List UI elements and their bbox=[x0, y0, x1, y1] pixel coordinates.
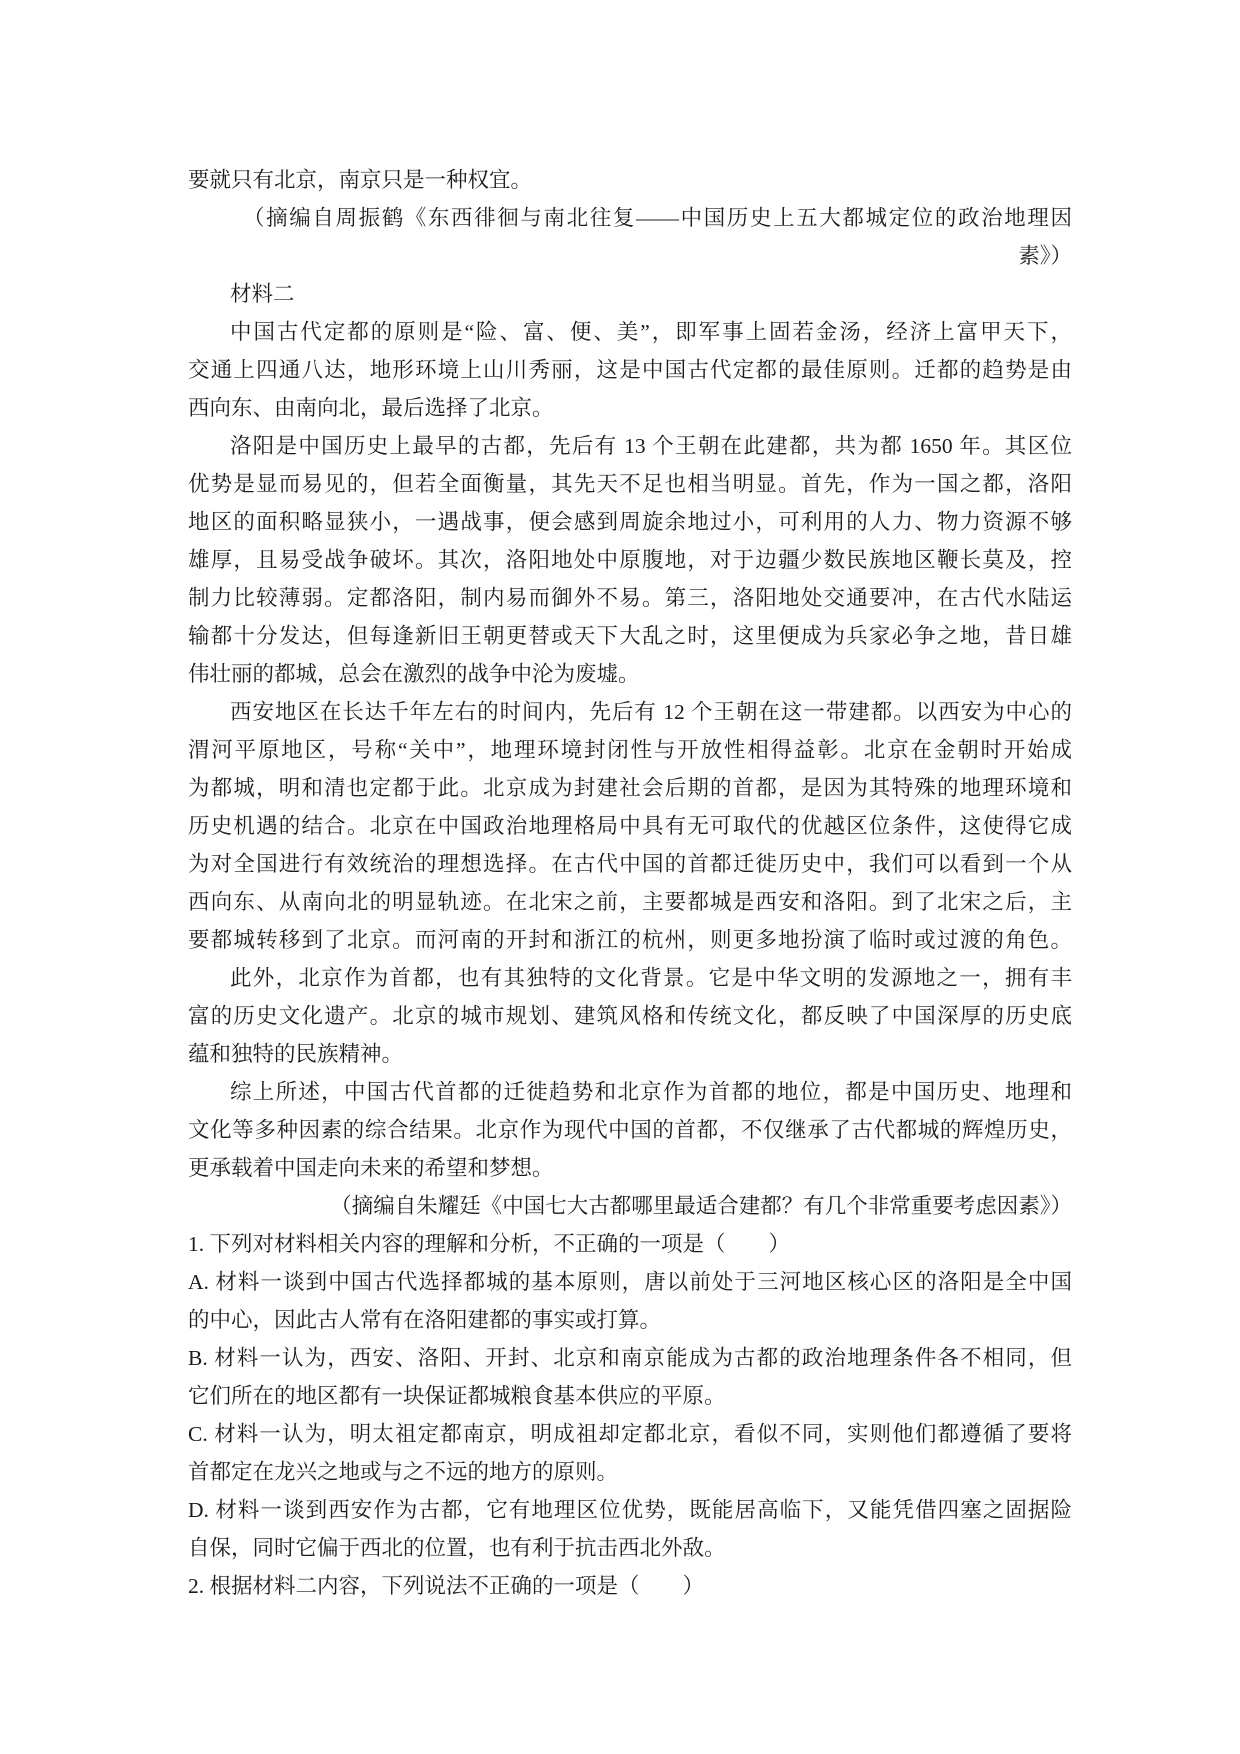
material-two-para5-line-2: 文化等多种因素的综合结果。北京作为现代中国的首都，不仅继承了古代都城的辉煌历史， bbox=[188, 1111, 1072, 1149]
material-two-para2-line-2: 优势是显而易见的，但若全面衡量，其先天不足也相当明显。首先，作为一国之都，洛阳 bbox=[188, 465, 1072, 503]
exam-document-page: 要就只有北京，南京只是一种权宜。 （摘编自周振鹤《东西徘徊与南北往复——中国历史… bbox=[0, 0, 1240, 1754]
material-two-para1-line-2: 交通上四通八达，地形环境上山川秀丽，这是中国古代定都的最佳原则。迁都的趋势是由 bbox=[188, 351, 1072, 389]
material-two-para1-line-3: 西向东、由南向北，最后选择了北京。 bbox=[188, 389, 1072, 427]
question-2-stem: 2. 根据材料二内容，下列说法不正确的一项是（ ） bbox=[188, 1567, 1072, 1605]
question-1-option-b-line-1: B. 材料一认为，西安、洛阳、开封、北京和南京能成为古都的政治地理条件各不相同，… bbox=[188, 1339, 1072, 1377]
material-two-para2-line-5: 制力比较薄弱。定都洛阳，制内易而御外不易。第三，洛阳地处交通要冲，在古代水陆运 bbox=[188, 579, 1072, 617]
material-two-para3-line-2: 渭河平原地区，号称“关中”，地理环境封闭性与开放性相得益彰。北京在金朝时开始成 bbox=[188, 731, 1072, 769]
material-two-para2-line-6: 输都十分发达，但每逢新旧王朝更替或天下大乱之时，这里便成为兵家必争之地，昔日雄 bbox=[188, 617, 1072, 655]
material-two-para3-line-6: 西向东、从南向北的明显轨迹。在北宋之前，主要都城是西安和洛阳。到了北宋之后，主 bbox=[188, 883, 1072, 921]
document-text-block: 要就只有北京，南京只是一种权宜。 （摘编自周振鹤《东西徘徊与南北往复——中国历史… bbox=[188, 161, 1072, 1605]
question-1-option-c-line-1: C. 材料一认为，明太祖定都南京，明成祖却定都北京，看似不同，实则他们都遵循了要… bbox=[188, 1415, 1072, 1453]
material-two-para4-line-2: 富的历史文化遗产。北京的城市规划、建筑风格和传统文化，都反映了中国深厚的历史底 bbox=[188, 997, 1072, 1035]
material-two-para4-line-3: 蕴和独特的民族精神。 bbox=[188, 1035, 1072, 1073]
material-one-citation-line-2: 素》） bbox=[188, 237, 1072, 275]
material-two-para3-line-1: 西安地区在长达千年左右的时间内，先后有 12 个王朝在这一带建都。以西安为中心的 bbox=[188, 693, 1072, 731]
question-1-option-a-line-1: A. 材料一谈到中国古代选择都城的基本原则，唐以前处于三河地区核心区的洛阳是全中… bbox=[188, 1263, 1072, 1301]
material-two-para5-line-1: 综上所述，中国古代首都的迁徙趋势和北京作为首都的地位，都是中国历史、地理和 bbox=[188, 1073, 1072, 1111]
material-two-para5-line-3: 更承载着中国走向未来的希望和梦想。 bbox=[188, 1149, 1072, 1187]
material-two-para2-line-7: 伟壮丽的都城，总会在激烈的战争中沦为废墟。 bbox=[188, 655, 1072, 693]
material-two-para1-line-1: 中国古代定都的原则是“险、富、便、美”，即军事上固若金汤，经济上富甲天下， bbox=[188, 313, 1072, 351]
material-two-para4-line-1: 此外，北京作为首都，也有其独特的文化背景。它是中华文明的发源地之一，拥有丰 bbox=[188, 959, 1072, 997]
question-1-option-c-line-2: 首都定在龙兴之地或与之不远的地方的原则。 bbox=[188, 1453, 1072, 1491]
material-one-closing-line: 要就只有北京，南京只是一种权宜。 bbox=[188, 161, 1072, 199]
material-two-para2-line-1: 洛阳是中国历史上最早的古都，先后有 13 个王朝在此建都，共为都 1650 年。… bbox=[188, 427, 1072, 465]
question-1-option-a-line-2: 的中心，因此古人常有在洛阳建都的事实或打算。 bbox=[188, 1301, 1072, 1339]
material-two-para3-line-4: 历史机遇的结合。北京在中国政治地理格局中具有无可取代的优越区位条件，这使得它成 bbox=[188, 807, 1072, 845]
material-two-para3-line-7: 要都城转移到了北京。而河南的开封和浙江的杭州，则更多地扮演了临时或过渡的角色。 bbox=[188, 921, 1072, 959]
material-two-para3-line-3: 为都城，明和清也定都于此。北京成为封建社会后期的首都，是因为其特殊的地理环境和 bbox=[188, 769, 1072, 807]
material-two-heading: 材料二 bbox=[188, 275, 1072, 313]
question-1-option-d-line-1: D. 材料一谈到西安作为古都，它有地理区位优势，既能居高临下，又能凭借四塞之固据… bbox=[188, 1491, 1072, 1529]
material-two-citation: （摘编自朱耀廷《中国七大古都哪里最适合建都？有几个非常重要考虑因素》） bbox=[188, 1187, 1072, 1225]
material-two-para3-line-5: 为对全国进行有效统治的理想选择。在古代中国的首都迁徙历史中，我们可以看到一个从 bbox=[188, 845, 1072, 883]
question-1-stem: 1. 下列对材料相关内容的理解和分析，不正确的一项是（ ） bbox=[188, 1225, 1072, 1263]
material-two-para2-line-3: 地区的面积略显狭小，一遇战事，便会感到周旋余地过小，可利用的人力、物力资源不够 bbox=[188, 503, 1072, 541]
material-one-citation-line-1: （摘编自周振鹤《东西徘徊与南北往复——中国历史上五大都城定位的政治地理因 bbox=[188, 199, 1072, 237]
question-1-option-d-line-2: 自保，同时它偏于西北的位置，也有利于抗击西北外敌。 bbox=[188, 1529, 1072, 1567]
question-1-option-b-line-2: 它们所在的地区都有一块保证都城粮食基本供应的平原。 bbox=[188, 1377, 1072, 1415]
material-two-para2-line-4: 雄厚，且易受战争破坏。其次，洛阳地处中原腹地，对于边疆少数民族地区鞭长莫及，控 bbox=[188, 541, 1072, 579]
